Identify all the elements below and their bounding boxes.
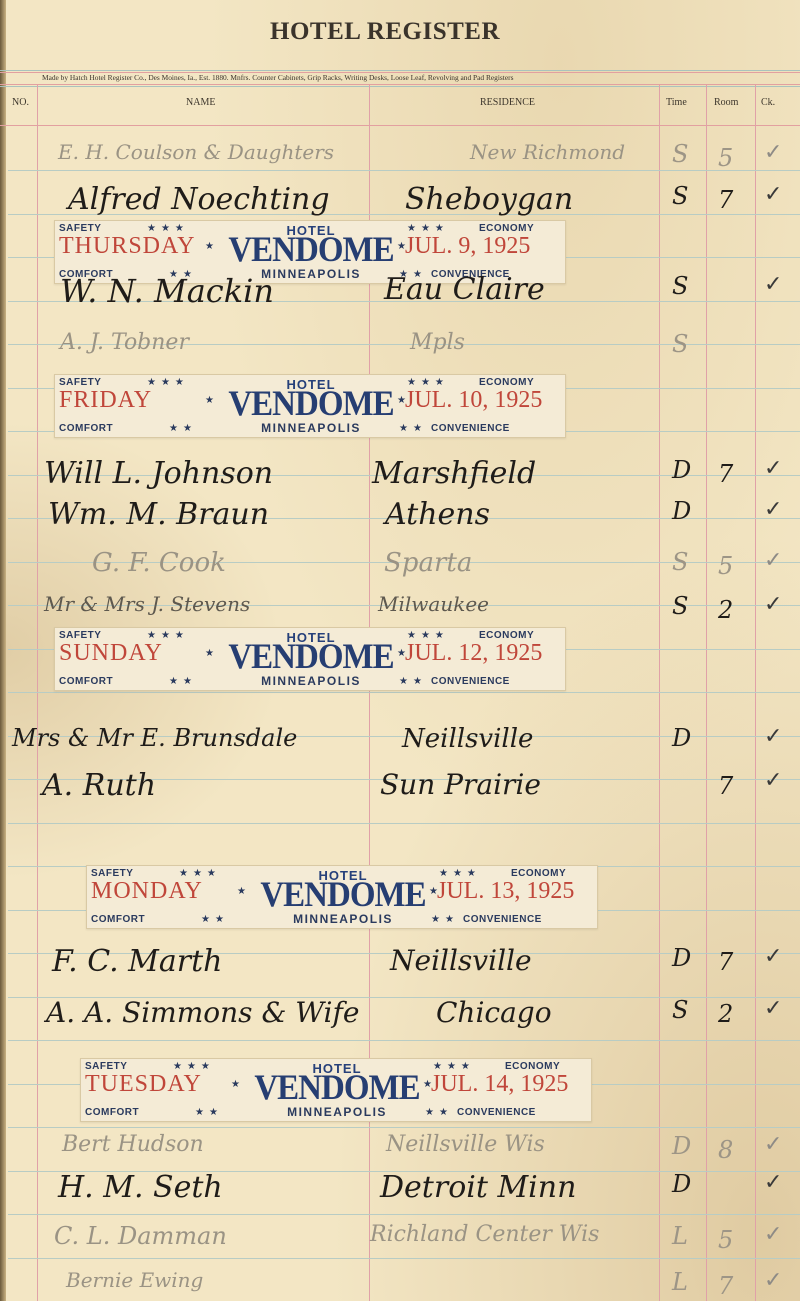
room-number: 7	[718, 186, 733, 214]
guest-name: G. F. Cook	[92, 548, 226, 578]
guest-residence: Marshfield	[372, 456, 536, 491]
star-icon: ★★	[201, 914, 229, 925]
checkmark-icon: ✓	[764, 1170, 782, 1195]
time-code: S	[672, 182, 688, 210]
star-icon: ★★	[399, 423, 427, 434]
column-divider	[659, 85, 660, 1301]
checkmark-icon: ✓	[764, 182, 782, 207]
guest-name: E. H. Coulson & Daughters	[58, 140, 334, 164]
time-code: S	[672, 140, 688, 168]
guest-residence: Chicago	[436, 996, 552, 1029]
stamp-day: THURSDAY	[59, 233, 195, 260]
room-number: 7	[718, 1272, 733, 1300]
checkmark-icon: ✓	[764, 944, 782, 969]
stamp-day: FRIDAY	[59, 387, 152, 414]
star-icon: ★	[205, 241, 214, 252]
date-stamp: SAFETY★★★★★★ECONOMYTUESDAY★HOTELVENDOME★…	[80, 1058, 592, 1122]
stamp-hotel-name: VENDOME	[247, 1068, 427, 1109]
guest-name: F. C. Marth	[52, 944, 223, 979]
stamp-city: MINNEAPOLIS	[221, 674, 401, 688]
time-code: D	[672, 724, 691, 752]
stamp-day: MONDAY	[91, 878, 203, 905]
guest-residence: Neillsville Wis	[386, 1132, 545, 1157]
stamp-comfort-label: COMFORT	[91, 914, 145, 925]
time-code: L	[672, 1222, 688, 1250]
guest-name: W. N. Mackin	[60, 272, 274, 310]
guest-residence: Neillsville	[390, 944, 532, 977]
time-code: S	[672, 548, 688, 576]
column-divider	[37, 85, 38, 1301]
guest-residence: Neillsville	[402, 724, 533, 754]
room-number: 7	[718, 772, 733, 800]
column-header-name: NAME	[186, 97, 215, 108]
guest-residence: Sheboygan	[405, 182, 573, 217]
checkmark-icon: ✓	[764, 272, 782, 297]
time-code: D	[672, 944, 691, 972]
star-icon: ★★	[169, 676, 197, 687]
guest-name: Bert Hudson	[62, 1132, 204, 1157]
room-number: 5	[718, 144, 733, 172]
stamp-comfort-label: COMFORT	[59, 423, 113, 434]
column-header-time: Time	[666, 97, 687, 108]
stamp-hotel-name: VENDOME	[221, 230, 401, 271]
guest-name: Wm. M. Braun	[48, 497, 269, 532]
guest-name: H. M. Seth	[58, 1170, 223, 1205]
guest-name: A. A. Simmons & Wife	[46, 996, 359, 1029]
guest-residence: Detroit Minn	[380, 1170, 576, 1205]
checkmark-icon: ✓	[764, 724, 782, 749]
stamp-city: MINNEAPOLIS	[253, 912, 433, 926]
checkmark-icon: ✓	[764, 1132, 782, 1157]
column-divider	[755, 85, 756, 1301]
stamp-day: SUNDAY	[59, 640, 163, 667]
stamp-date: JUL. 14, 1925	[431, 1071, 568, 1098]
star-icon: ★★	[195, 1107, 223, 1118]
maker-line: Made by Hatch Hotel Register Co., Des Mo…	[42, 73, 513, 82]
stamp-convenience-label: CONVENIENCE	[431, 676, 510, 687]
column-header-no: NO.	[12, 97, 29, 108]
guest-residence: Sparta	[384, 548, 472, 578]
star-icon: ★★	[169, 423, 197, 434]
guest-residence: Richland Center Wis	[370, 1222, 599, 1247]
guest-residence: Mpls	[410, 330, 465, 355]
checkmark-icon: ✓	[764, 456, 782, 481]
room-number: 8	[718, 1136, 733, 1164]
star-icon: ★	[231, 1079, 240, 1090]
guest-residence: Sun Prairie	[380, 768, 541, 801]
guest-residence: Eau Claire	[384, 272, 545, 307]
star-icon: ★	[205, 395, 214, 406]
ruled-line	[8, 1127, 800, 1128]
column-header-residence: RESIDENCE	[480, 97, 535, 108]
guest-name: A. Ruth	[42, 768, 156, 803]
stamp-convenience-label: CONVENIENCE	[457, 1107, 536, 1118]
time-code: D	[672, 497, 691, 525]
stamp-convenience-label: CONVENIENCE	[431, 423, 510, 434]
room-number: 5	[718, 552, 733, 580]
guest-name: Mr & Mrs J. Stevens	[44, 592, 250, 616]
rule	[0, 70, 800, 71]
stamp-comfort-label: COMFORT	[59, 676, 113, 687]
room-number: 7	[718, 948, 733, 976]
checkmark-icon: ✓	[764, 996, 782, 1021]
stamp-date: JUL. 9, 1925	[405, 233, 530, 260]
guest-residence: New Richmond	[470, 140, 625, 164]
guest-name: A. J. Tobner	[60, 330, 189, 355]
star-icon: ★	[237, 886, 246, 897]
checkmark-icon: ✓	[764, 768, 782, 793]
ruled-line	[8, 1258, 800, 1259]
stamp-comfort-label: COMFORT	[85, 1107, 139, 1118]
guest-name: Alfred Noechting	[68, 182, 330, 217]
page-title: HOTEL REGISTER	[0, 18, 770, 46]
checkmark-icon: ✓	[764, 140, 782, 165]
date-stamp: SAFETY★★★★★★ECONOMYFRIDAY★HOTELVENDOME★J…	[54, 374, 566, 438]
stamp-hotel-name: VENDOME	[253, 875, 433, 916]
stamp-city: MINNEAPOLIS	[247, 1105, 427, 1119]
star-icon: ★★	[431, 914, 459, 925]
guest-name: C. L. Damman	[54, 1222, 227, 1250]
header-bottom-rule	[0, 125, 800, 126]
column-divider	[706, 85, 707, 1301]
star-icon: ★★	[399, 676, 427, 687]
time-code: S	[672, 272, 688, 300]
star-icon: ★★	[425, 1107, 453, 1118]
checkmark-icon: ✓	[764, 1268, 782, 1293]
stamp-date: JUL. 13, 1925	[437, 878, 574, 905]
ruled-line	[8, 1040, 800, 1041]
time-code: L	[672, 1268, 688, 1296]
rule	[0, 84, 800, 85]
column-header-room: Room	[714, 97, 738, 108]
room-number: 2	[718, 1000, 733, 1028]
room-number: 2	[718, 596, 733, 624]
stamp-hotel-name: VENDOME	[221, 637, 401, 678]
guest-residence: Athens	[385, 497, 490, 532]
column-header-check: Ck.	[761, 97, 775, 108]
rule	[0, 86, 800, 87]
page-binding-edge	[0, 0, 6, 1301]
ruled-line	[8, 692, 800, 693]
ruled-line	[8, 170, 800, 171]
stamp-convenience-label: CONVENIENCE	[463, 914, 542, 925]
guest-name: Mrs & Mr E. Brunsdale	[12, 724, 297, 752]
checkmark-icon: ✓	[764, 548, 782, 573]
time-code: S	[672, 330, 688, 358]
date-stamp: SAFETY★★★★★★ECONOMYSUNDAY★HOTELVENDOME★J…	[54, 627, 566, 691]
ruled-line	[8, 823, 800, 824]
room-number: 5	[718, 1226, 733, 1254]
stamp-date: JUL. 12, 1925	[405, 640, 542, 667]
time-code: S	[672, 592, 688, 620]
ruled-line	[8, 1214, 800, 1215]
time-code: S	[672, 996, 688, 1024]
guest-name: Will L. Johnson	[44, 456, 273, 491]
room-number: 7	[718, 460, 733, 488]
guest-residence: Milwaukee	[378, 592, 489, 616]
guest-name: Bernie Ewing	[66, 1268, 203, 1292]
checkmark-icon: ✓	[764, 1222, 782, 1247]
checkmark-icon: ✓	[764, 592, 782, 617]
stamp-date: JUL. 10, 1925	[405, 387, 542, 414]
stamp-day: TUESDAY	[85, 1071, 202, 1098]
star-icon: ★★★	[147, 377, 189, 388]
time-code: D	[672, 456, 691, 484]
checkmark-icon: ✓	[764, 497, 782, 522]
date-stamp: SAFETY★★★★★★ECONOMYMONDAY★HOTELVENDOME★J…	[86, 865, 598, 929]
star-icon: ★	[205, 648, 214, 659]
time-code: D	[672, 1170, 691, 1198]
stamp-hotel-name: VENDOME	[221, 384, 401, 425]
stamp-city: MINNEAPOLIS	[221, 421, 401, 435]
time-code: D	[672, 1132, 691, 1160]
